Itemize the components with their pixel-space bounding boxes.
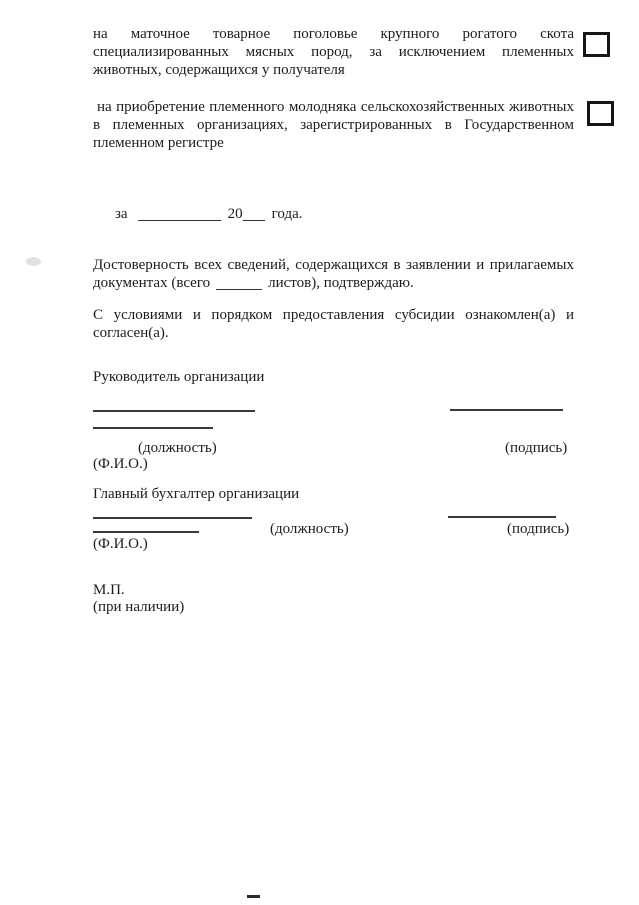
subsidy-option-2-checkbox[interactable] xyxy=(587,101,614,126)
period-blank-line xyxy=(138,207,221,221)
head-signature-label: (подпись) xyxy=(505,440,567,457)
head-position-line-2 xyxy=(93,427,213,429)
accountant-signature-line xyxy=(448,516,556,518)
agreement-paragraph: С условиями и порядком предоставления су… xyxy=(93,306,574,342)
page-number-artifact xyxy=(247,895,260,898)
accountant-signature-label: (подпись) xyxy=(507,521,569,538)
head-position-label: (должность) xyxy=(138,440,217,457)
head-position-line-1 xyxy=(93,410,255,412)
subsidy-option-1-checkbox[interactable] xyxy=(583,32,610,57)
period-year-blank-line xyxy=(243,207,265,221)
head-name-label: (Ф.И.О.) xyxy=(93,456,148,473)
scanned-form-page: на маточное товарное поголовье крупного … xyxy=(0,0,639,905)
period-century: 20 xyxy=(228,206,243,222)
accountant-position-label: (должность) xyxy=(270,521,349,538)
subsidy-option-1-text: на маточное товарное поголовье крупного … xyxy=(93,25,574,79)
subsidy-option-2-text: на приобретение племенного молодняка сел… xyxy=(93,98,574,152)
confirmation-paragraph: Достоверность всех сведений, содержащихс… xyxy=(93,256,574,292)
period-suffix: года. xyxy=(272,206,303,222)
period-prefix: за xyxy=(115,206,128,222)
accountant-position-line-1 xyxy=(93,517,252,519)
accountant-name-label: (Ф.И.О.) xyxy=(93,536,148,553)
scan-smudge-artifact xyxy=(26,257,41,266)
head-signature-line xyxy=(450,409,563,411)
stamp-abbreviation: М.П. xyxy=(93,582,125,599)
accountant-name-line xyxy=(93,531,199,533)
accountant-section-title: Главный бухгалтер организации xyxy=(93,486,299,503)
head-section-title: Руководитель организации xyxy=(93,369,264,386)
stamp-note: (при наличии) xyxy=(93,599,184,616)
confirmation-text-part2: листов), подтверждаю. xyxy=(268,275,414,291)
sheet-count-blank-line xyxy=(216,276,262,290)
reporting-period-line: за20года. xyxy=(115,206,302,223)
